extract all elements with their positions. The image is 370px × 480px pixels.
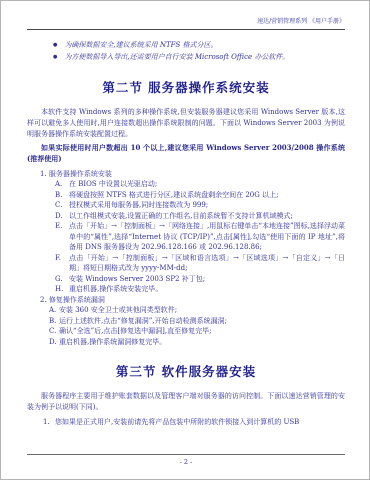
bullet-item: ● 为方便数据导入导出,还需要用户自行安装 Microsoft Office 办… [27, 51, 345, 63]
bullet-icon: ● [53, 51, 57, 63]
list-item-text: 在 BIOS 中设置以光驱启动; [69, 179, 345, 190]
list-item-label: D. [55, 211, 69, 222]
list-item-label: C. [49, 326, 59, 337]
list2: A. 安装 360 安全卫士或其他同类型软件; B. 运行上述软件,点击“修复漏… [27, 305, 345, 347]
list-item-text: 重启机器,操作系统漏洞修复完毕。 [59, 337, 345, 348]
list-item-text: 安装 360 安全卫士或其他同类型软件; [59, 305, 345, 316]
list-item-label: D. [49, 337, 59, 348]
list-item: H. 重启机器,操作系统安装完毕。 [27, 284, 345, 295]
list1-heading: 1. 服务器操作系统安装 [27, 169, 345, 180]
list-item: B. 将硬盘按照 NTFS 格式进行分区,建议系统盘剩余空间在 20G 以上; [27, 190, 345, 201]
footer-rule [27, 454, 345, 455]
list-item: F. 点击「开始」→「控制面板」→「区域和语言选项」→「区域选项」→「自定义」→… [27, 253, 345, 274]
list-item-text: 以工作组模式安装,设置正确的工作组名,目前系统暂不支持计算机域模式; [69, 211, 345, 222]
list-item: A. 安装 360 安全卫士或其他同类型软件; [27, 305, 345, 316]
list-item-text: 授权模式采用每服务器,同时连接数改为 999; [69, 200, 345, 211]
list-item: C. 授权模式采用每服务器,同时连接数改为 999; [27, 200, 345, 211]
list-item-label: B. [49, 316, 59, 327]
page-number: - 2 - [27, 458, 345, 466]
section3-title: 第三节 软件服务器安装 [27, 362, 345, 380]
list-item-text: 运行上述软件,点击“修复漏洞”,开始自动检测系统漏洞; [59, 316, 345, 327]
list-item-label: E. [55, 221, 69, 232]
section2-title: 第二节 服务器操作系统安装 [27, 78, 345, 96]
bullet-icon: ● [53, 39, 57, 51]
list-item-text: 点击「开始」→「控制面板」→「区域和语言选项」→「区域选项」→「自定义」→「日期… [69, 253, 345, 274]
section2-note: 如果实际使用时用户数超出 10 个以上,建议您采用 Windows Server… [27, 143, 345, 165]
bullet-item: ● 为确保数据安全,建议系统采用 NTFS 格式分区。 [27, 39, 345, 51]
bullet-text: 为确保数据安全,建议系统采用 NTFS 格式分区。 [64, 39, 217, 51]
list-item-label: C. [55, 200, 69, 211]
section2-paragraph: 本软件支持 Windows 系列的多种操作系统,但安装服务器建议您采用 Wind… [27, 107, 345, 139]
bullet-list: ● 为确保数据安全,建议系统采用 NTFS 格式分区。 ● 为方便数据导入导出,… [27, 39, 345, 63]
list-item: G. 安装 Windows Server 2003 SP2 补丁包; [27, 274, 345, 285]
list-item-label: G. [55, 274, 69, 285]
list-item-text: 点击「开始」→「控制面板」→「网络连接」,用鼠标右键单击“本地连接”图标,选择浮… [69, 221, 345, 253]
list-item: 1. 您如果是正式用户,安装前请先将产品包装中所附的软件锁接入到计算机的 USB [27, 417, 345, 428]
list-item: D. 重启机器,操作系统漏洞修复完毕。 [27, 337, 345, 348]
list-item-label: F. [55, 253, 69, 264]
header-title: 速达/营销管理系列 《用户手册》 [257, 18, 345, 25]
list-item-label: 1. [43, 417, 55, 428]
section3-paragraph: 服务器程序主要用于维护账套数据以及管理客户端对服务器的访问控制。下面以速达营销管… [27, 391, 345, 413]
list2-heading: 2. 修复操作系统漏洞 [27, 295, 345, 306]
list-item: C. 确认“全选”后,点击[修复选中漏洞],直至修复完毕; [27, 326, 345, 337]
list-item-label: A. [55, 179, 69, 190]
list-item-text: 您如果是正式用户,安装前请先将产品包装中所附的软件锁接入到计算机的 USB [55, 417, 345, 428]
list-item-label: B. [55, 190, 69, 201]
list-item-text: 将硬盘按照 NTFS 格式进行分区,建议系统盘剩余空间在 20G 以上; [69, 190, 345, 201]
list-item: E. 点击「开始」→「控制面板」→「网络连接」,用鼠标右键单击“本地连接”图标,… [27, 221, 345, 253]
document-page: 速达/营销管理系列 《用户手册》 ● 为确保数据安全,建议系统采用 NTFS 格… [0, 0, 370, 480]
bullet-text: 为方便数据导入导出,还需要用户自行安装 Microsoft Office 办公软… [64, 51, 289, 63]
list-item-text: 重启机器,操作系统安装完毕。 [69, 284, 345, 295]
list-item-label: H. [55, 284, 69, 295]
list-item-label: A. [49, 305, 59, 316]
list-item-text: 安装 Windows Server 2003 SP2 补丁包; [69, 274, 345, 285]
page-content: 速达/营销管理系列 《用户手册》 ● 为确保数据安全,建议系统采用 NTFS 格… [1, 1, 369, 428]
list-item-text: 确认“全选”后,点击[修复选中漏洞],直至修复完毕; [59, 326, 345, 337]
page-header: 速达/营销管理系列 《用户手册》 [27, 17, 345, 30]
list-item: B. 运行上述软件,点击“修复漏洞”,开始自动检测系统漏洞; [27, 316, 345, 327]
list1: A. 在 BIOS 中设置以光驱启动; B. 将硬盘按照 NTFS 格式进行分区… [27, 179, 345, 295]
page-footer: - 2 - [27, 454, 345, 466]
list-item: D. 以工作组模式安装,设置正确的工作组名,目前系统暂不支持计算机域模式; [27, 211, 345, 222]
list-item: A. 在 BIOS 中设置以光驱启动; [27, 179, 345, 190]
